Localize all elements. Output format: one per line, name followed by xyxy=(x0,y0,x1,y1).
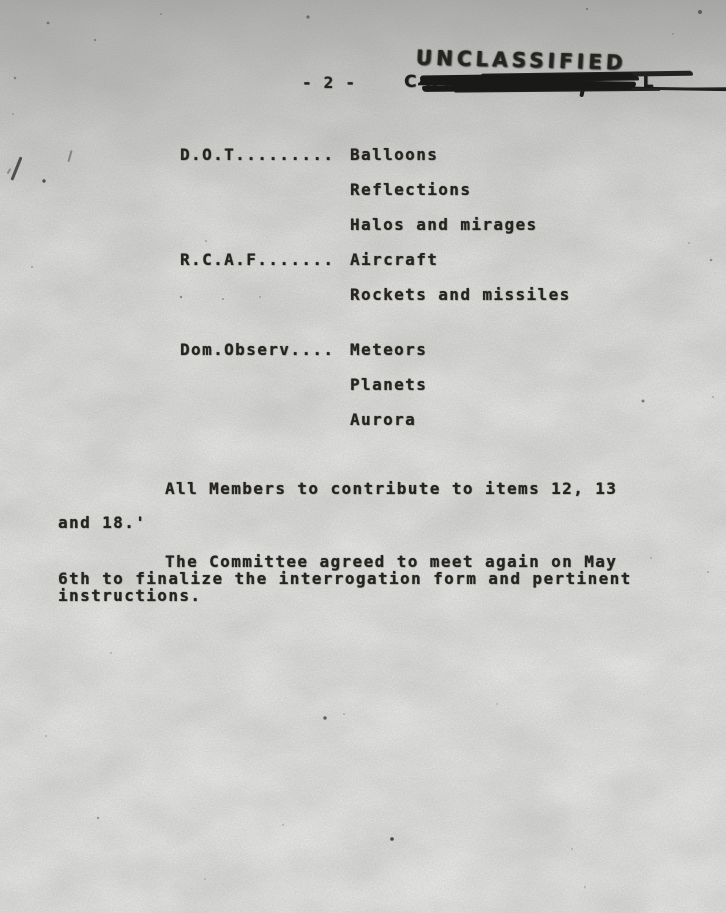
topic-item: Rockets and missiles xyxy=(350,285,571,305)
pen-slash-mark xyxy=(10,156,22,180)
scribble-descender xyxy=(580,90,585,98)
topic-item: Halos and mirages xyxy=(350,215,538,235)
classification-last-letter: L xyxy=(642,71,653,92)
scanned-document-page: UNCLASSIFIED - 2 - C ONFIDENTIA L D.O.T.… xyxy=(0,0,726,913)
topic-item: Aurora xyxy=(350,410,416,430)
paragraph-line: and 18.' xyxy=(58,513,146,533)
paragraph-line: All Members to contribute to items 12, 1… xyxy=(165,479,617,499)
topic-item: Reflections xyxy=(350,180,471,200)
agency-label: Dom.Observ.... xyxy=(180,340,334,360)
agency-label: R.C.A.F....... xyxy=(180,250,334,270)
topic-item: Meteors xyxy=(350,340,427,360)
topic-item: Aircraft xyxy=(350,250,438,270)
paragraph-line: instructions. xyxy=(58,586,201,606)
classification-marking: C ONFIDENTIA L xyxy=(404,71,653,97)
scribble-redaction: ONFIDENTIA xyxy=(420,71,636,95)
paper-specks xyxy=(0,0,2,2)
page-number: - 2 - xyxy=(302,73,356,93)
scribble-stroke xyxy=(422,84,632,92)
topic-item: Planets xyxy=(350,375,427,395)
topic-item: Balloons xyxy=(350,145,438,165)
pen-slash-mark xyxy=(7,168,11,174)
agency-label: D.O.T......... xyxy=(180,145,334,165)
paper-texture xyxy=(0,0,726,913)
classification-first-letter: C xyxy=(404,71,416,92)
pen-slash-mark xyxy=(67,150,72,162)
